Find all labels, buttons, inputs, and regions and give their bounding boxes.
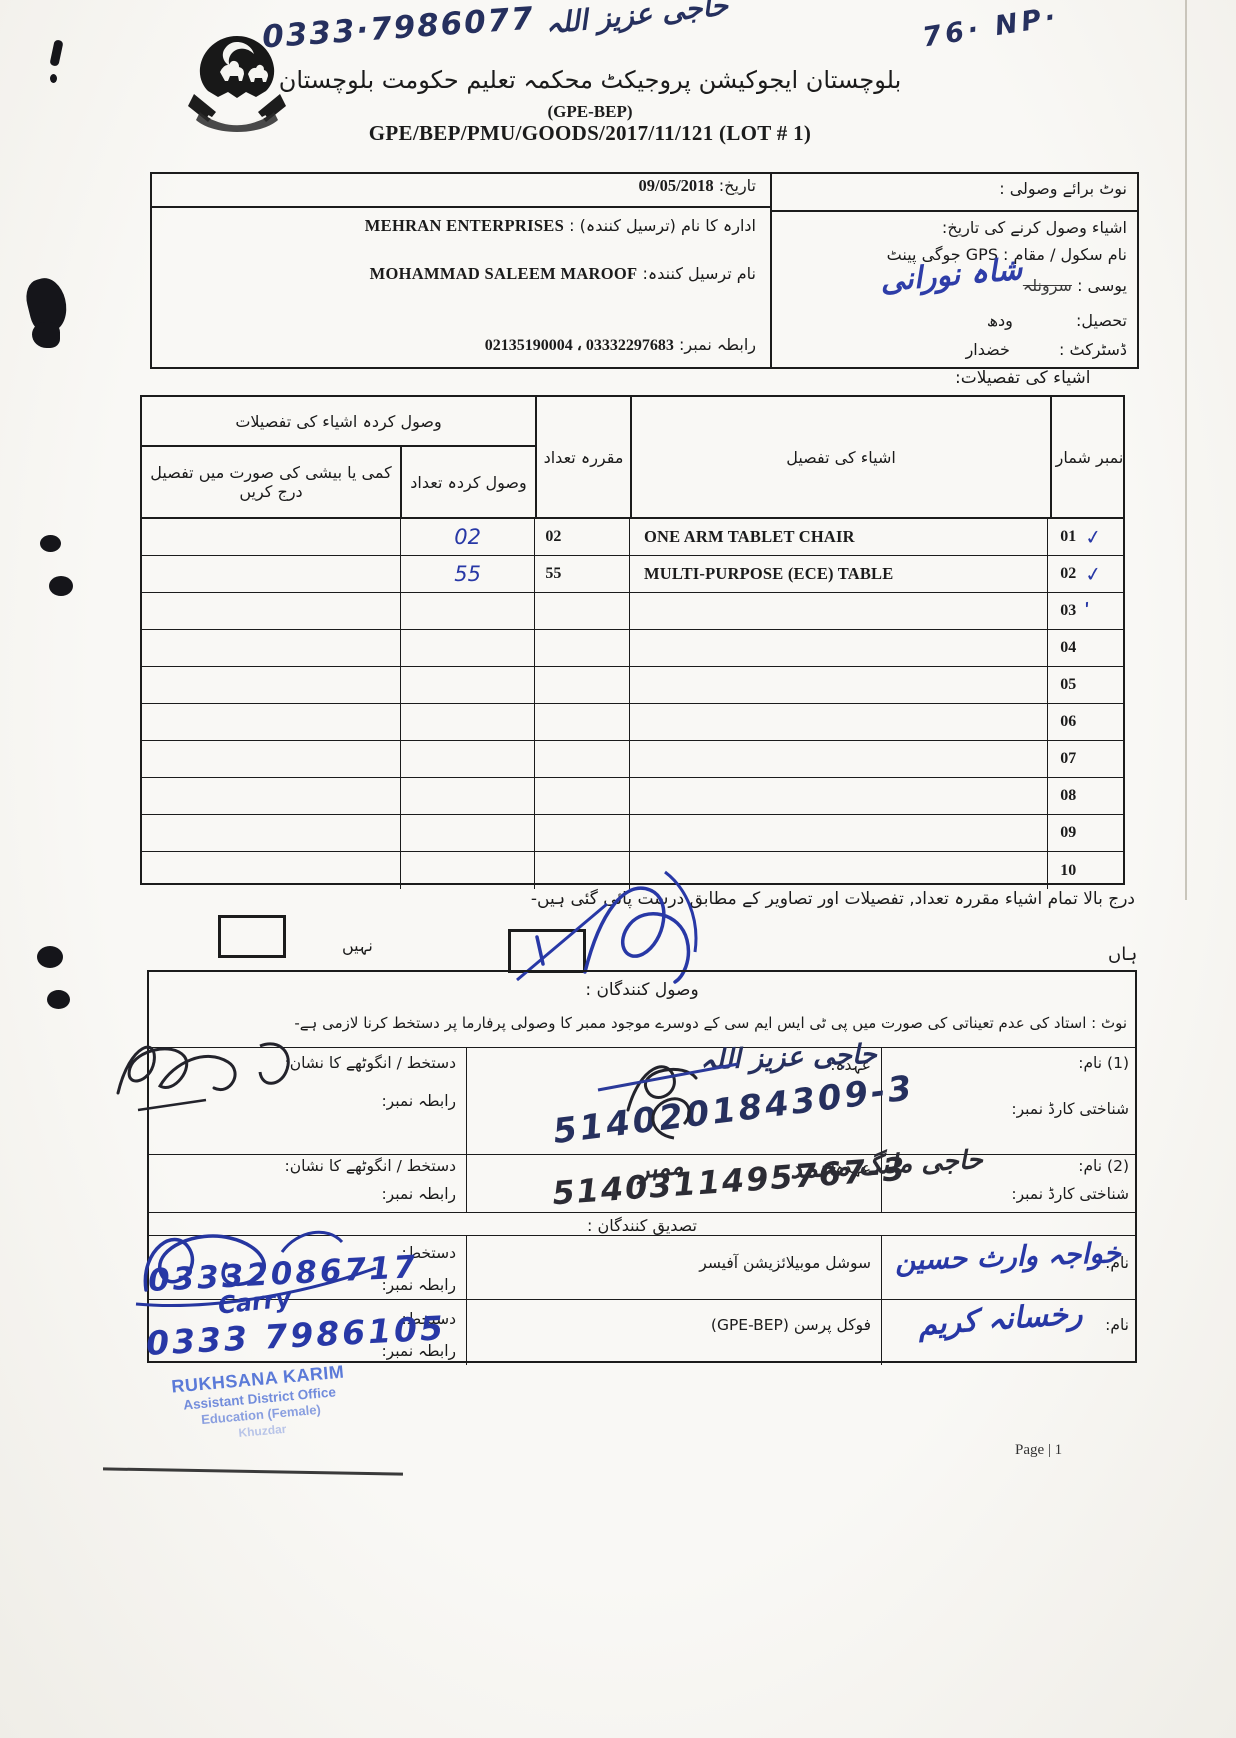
table-row: 03ʹ <box>142 593 1123 630</box>
verifier2-role: فوکل پرسن (GPE-BEP) <box>711 1316 871 1334</box>
tehsil-value: ودھ <box>987 311 1013 330</box>
received-qty-cell: 02 <box>401 519 535 555</box>
fixed-qty-cell: 02 <box>535 519 630 555</box>
scan-mark <box>49 39 63 66</box>
received-qty-cell: 55 <box>401 556 535 592</box>
serial-cell: 09 <box>1048 815 1123 851</box>
table-row: 04 <box>142 630 1123 667</box>
date-label: تاریخ: <box>719 176 756 195</box>
header-received-details: وصول کردہ اشیاء کی تفصیلات <box>142 397 537 447</box>
received-qty-cell <box>401 741 535 777</box>
uc-label: یوسی : <box>1077 276 1127 295</box>
serial-cell: 05 <box>1048 667 1123 703</box>
serial-number: 09 <box>1060 824 1076 842</box>
received-qty-cell <box>401 704 535 740</box>
district-value: خضدار <box>966 340 1010 359</box>
remarks-cell <box>142 741 401 777</box>
uc-printed-value: سرونلہ <box>1023 276 1072 295</box>
scan-mark <box>49 576 73 596</box>
name-label: نام: <box>1105 1316 1129 1334</box>
name2-label: (2) نام: <box>1078 1157 1129 1175</box>
org-title-urdu: بلوچستان ایجوکیشن پروجیکٹ محکمہ تعلیم حک… <box>150 66 1030 94</box>
header-fixed-qty: مقررہ تعداد <box>537 397 632 517</box>
fixed-qty-cell <box>535 815 630 851</box>
serial-cell: 04 <box>1048 630 1123 666</box>
cnic1-label: شناختی کارڈ نمبر: <box>1011 1100 1129 1118</box>
table-row: 05 <box>142 667 1123 704</box>
table-row: 07 <box>142 741 1123 778</box>
supplier-label: ادارہ کا نام (ترسیل کنندہ) : <box>569 216 756 235</box>
fixed-qty-cell <box>535 741 630 777</box>
contact-label: رابطہ نمبر: <box>381 1185 456 1203</box>
confirmation-statement: درج بالا تمام اشیاء مقررہ تعداد, تفصیلات… <box>380 888 1135 909</box>
sender-value: MOHAMMAD SALEEM MAROOF <box>370 264 638 283</box>
district-label: ڈسٹرکٹ : <box>1059 340 1127 359</box>
fixed-qty-cell <box>535 593 630 629</box>
recipient1-role-scribble <box>588 1038 778 1148</box>
received-qty-cell <box>401 778 535 814</box>
receive-date-label: اشیاء وصول کرنے کی تاریخ: <box>942 218 1127 237</box>
serial-cell: 01✓ <box>1048 519 1123 555</box>
sign-thumb-label: دستخط / انگوٹھے کا نشان: <box>284 1157 456 1175</box>
table-row: 06 <box>142 704 1123 741</box>
table-row: 55 55 MULTI-PURPOSE (ECE) TABLE 02✓ <box>142 556 1123 593</box>
item-cell <box>630 593 1048 629</box>
item-cell <box>630 815 1048 851</box>
checkmark: ✓ <box>1084 524 1104 550</box>
scan-mark <box>47 990 70 1009</box>
checkmark: ✓ <box>1084 561 1104 587</box>
document-number: GPE/BEP/PMU/GOODS/2017/11/121 (LOT # 1) <box>150 121 1030 146</box>
goods-table-body: 02 02 ONE ARM TABLET CHAIR 01✓ 55 55 MUL… <box>142 517 1123 889</box>
scanned-document-page: 0333·7986077 حاجی عزیز اللہ 76· NP· بلوچ… <box>0 0 1236 1738</box>
sign-thumb-label: دستخط / انگوٹھے کا نشان: <box>284 1054 456 1072</box>
fixed-qty-cell <box>535 704 630 740</box>
fixed-qty-cell: 55 <box>535 556 630 592</box>
remarks-cell <box>142 519 401 555</box>
remarks-cell <box>142 852 401 889</box>
table-row: 02 02 ONE ARM TABLET CHAIR 01✓ <box>142 519 1123 556</box>
receipt-note-row: نوٹ برائے وصولی : <box>772 174 1137 212</box>
header-received-qty: وصول کردہ تعداد <box>402 447 537 517</box>
serial-number: 10 <box>1060 862 1076 880</box>
serial-cell: 08 <box>1048 778 1123 814</box>
item-cell: MULTI-PURPOSE (ECE) TABLE <box>630 556 1048 592</box>
no-checkbox <box>218 915 286 958</box>
table-row: 08 <box>142 778 1123 815</box>
name-cell: (1) نام: شناختی کارڈ نمبر: <box>882 1048 1139 1154</box>
contact-label: رابطہ نمبر: <box>381 1092 456 1110</box>
verifier1-role: سوشل موبیلائزیشن آفیسر <box>699 1254 871 1272</box>
serial-cell: 02✓ <box>1048 556 1123 592</box>
role-cell: سوشل موبیلائزیشن آفیسر <box>467 1236 882 1299</box>
handwritten-phone-top: 0333·7986077 <box>261 1 536 56</box>
header-item-detail: اشیاء کی تفصیل <box>632 397 1052 517</box>
item-cell <box>630 704 1048 740</box>
sender-row: نام ترسیل کنندہ: MOHAMMAD SALEEM MAROOF <box>152 254 770 308</box>
paper-edge-line <box>1185 0 1187 900</box>
date-value: 09/05/2018 <box>639 176 714 195</box>
scan-mark <box>32 322 60 348</box>
signature-cell: دستخط / انگوٹھے کا نشان: رابطہ نمبر: <box>149 1155 467 1212</box>
fixed-qty-cell <box>535 667 630 703</box>
receipt-note-label: نوٹ برائے وصولی : <box>999 179 1127 198</box>
received-qty-cell <box>401 630 535 666</box>
item-cell <box>630 667 1048 703</box>
tehsil-label: تحصیل: <box>1076 311 1127 330</box>
handwritten-corner-note: 76· NP· <box>920 1 1061 53</box>
serial-number: 05 <box>1060 676 1076 694</box>
scan-mark <box>50 74 57 83</box>
received-qty-cell <box>401 815 535 851</box>
cnic2-label: شناختی کارڈ نمبر: <box>1011 1185 1129 1203</box>
serial-number: 01 <box>1060 528 1076 546</box>
remarks-cell <box>142 593 401 629</box>
district-row: ڈسٹرکٹ : خضدار <box>772 338 1137 367</box>
office-stamp: RUKHSANA KARIM Assistant District Office… <box>137 1358 382 1449</box>
supplier-value: MEHRAN ENTERPRISES <box>365 216 564 235</box>
received-qty-cell <box>401 667 535 703</box>
checkmark: ʹ <box>1084 599 1093 624</box>
fixed-qty-cell <box>535 630 630 666</box>
header-serial: نمبر شمار <box>1052 397 1127 517</box>
table-row: 09 <box>142 815 1123 852</box>
recipient1-thumb-signature-scribble <box>110 1028 300 1128</box>
serial-cell: 10 <box>1048 852 1123 889</box>
contact-value: 02135190004 ، 03332297683 <box>485 337 674 354</box>
yes-label: ہاں <box>1108 944 1137 965</box>
remarks-cell <box>142 667 401 703</box>
sender-label: نام ترسیل کنندہ: <box>643 264 756 283</box>
serial-number: 06 <box>1060 713 1076 731</box>
header-remarks: کمی یا بیشی کی صورت میں تفصیل درج کریں <box>142 447 402 517</box>
serial-cell: 03ʹ <box>1048 593 1123 629</box>
item-cell: ONE ARM TABLET CHAIR <box>630 519 1048 555</box>
tehsil-row: تحصیل: ودھ <box>772 309 1137 338</box>
scan-mark <box>37 946 63 968</box>
page-number: Page | 1 <box>1015 1442 1062 1459</box>
recipients-note: نوٹ : استاد کی عدم تعیناتی کی صورت میں پ… <box>157 1014 1127 1032</box>
serial-number: 03 <box>1060 602 1076 620</box>
serial-number: 07 <box>1060 750 1076 768</box>
scan-mark <box>40 535 61 552</box>
date-row: تاریخ: 09/05/2018 <box>152 174 770 208</box>
name1-label: (1) نام: <box>1078 1054 1129 1072</box>
bottom-rule <box>103 1467 403 1475</box>
goods-section-label: اشیاء کی تفصیلات: <box>955 368 1185 388</box>
role-cell: فوکل پرسن (GPE-BEP) <box>467 1300 882 1365</box>
info-supplier-pane: تاریخ: 09/05/2018 ادارہ کا نام (ترسیل کن… <box>152 174 772 367</box>
receive-date-row: اشیاء وصول کرنے کی تاریخ: <box>772 212 1137 243</box>
handwritten-name-top: حاجی عزیز اللہ <box>544 0 730 40</box>
serial-number: 04 <box>1060 639 1076 657</box>
serial-cell: 06 <box>1048 704 1123 740</box>
goods-table: وصول کردہ اشیاء کی تفصیلات کمی یا بیشی ک… <box>140 395 1125 885</box>
item-cell <box>630 741 1048 777</box>
remarks-cell <box>142 630 401 666</box>
item-cell <box>630 778 1048 814</box>
remarks-cell <box>142 556 401 592</box>
remarks-cell <box>142 778 401 814</box>
program-abbrev: (GPE-BEP) <box>150 102 1030 122</box>
serial-number: 08 <box>1060 787 1076 805</box>
item-cell <box>630 630 1048 666</box>
supplier-row: ادارہ کا نام (ترسیل کنندہ) : MEHRAN ENTE… <box>152 208 770 254</box>
recipients-title: وصول کنندگان : <box>149 980 1135 1000</box>
received-qty-cell <box>401 593 535 629</box>
remarks-cell <box>142 815 401 851</box>
serial-cell: 07 <box>1048 741 1123 777</box>
no-label: نہیں <box>342 936 373 955</box>
handwritten-recipient2-role: ممبر <box>637 1154 685 1185</box>
remarks-cell <box>142 704 401 740</box>
fixed-qty-cell <box>535 778 630 814</box>
contact-label: رابطہ نمبر: <box>679 335 756 354</box>
serial-number: 02 <box>1060 565 1076 583</box>
supplier-contact-row: رابطہ نمبر: 02135190004 ، 03332297683 <box>152 333 770 367</box>
